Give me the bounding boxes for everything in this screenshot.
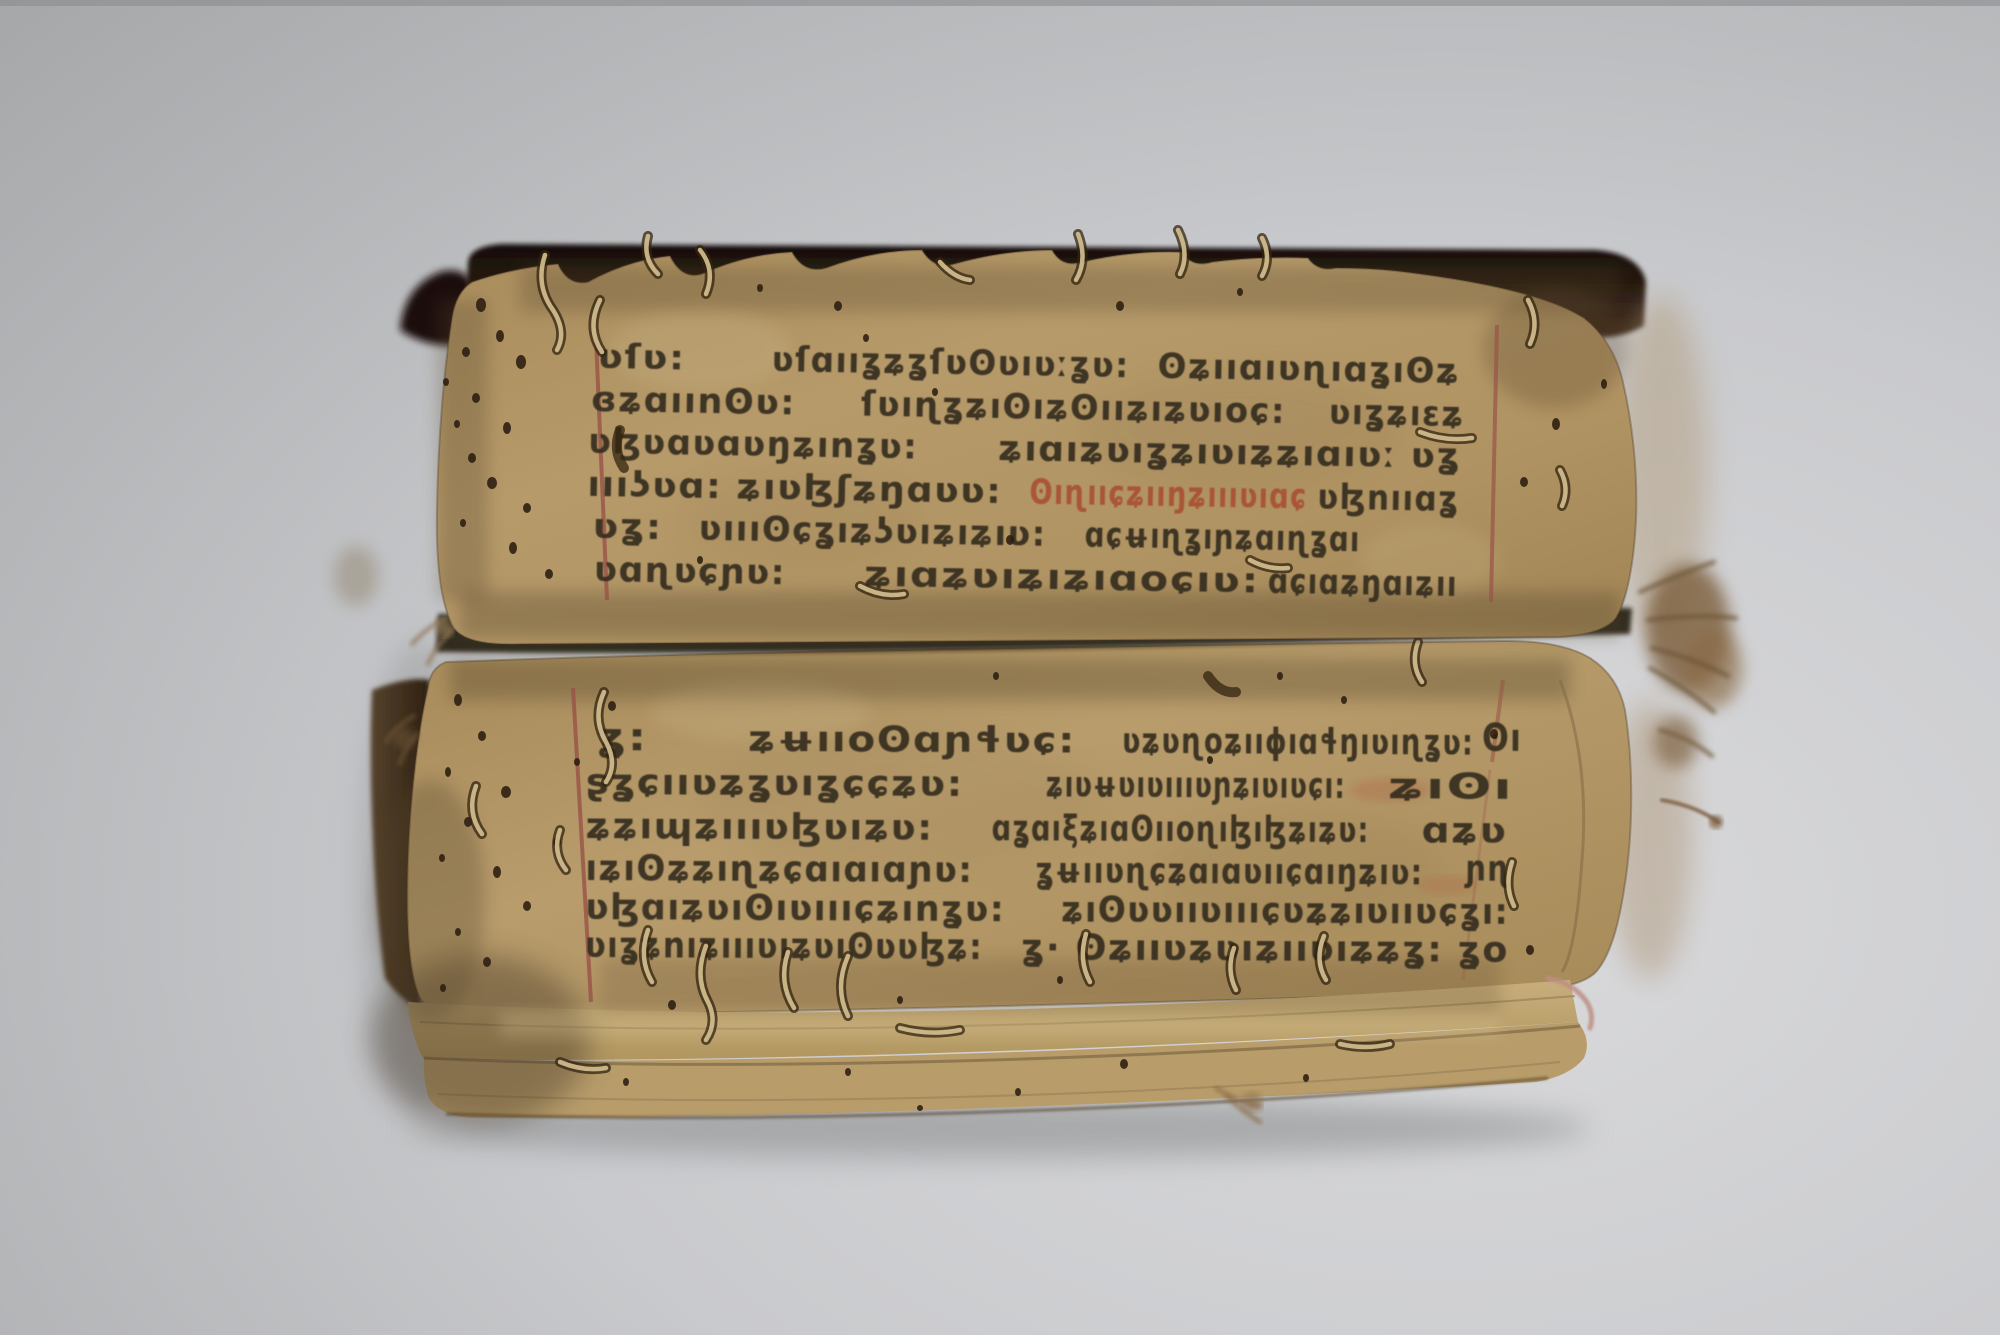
upper-line4-seg3: ʋɮnııɑʓ [1317, 478, 1460, 520]
upper-line4-seg1: ıııʖʋɑ: ʑıʋɮʃʑŋɑʋʋ: [587, 465, 1003, 512]
stain [520, 266, 1620, 312]
upper-line4-rubric: ʘıɳııɕʑııŋʑıııʋıɑɕ [1029, 473, 1308, 518]
upper-line2-seg1: ɞʑɑıınʘʋ: [591, 380, 797, 424]
stain [450, 658, 1570, 700]
lower-line6-seg2: ʓ· ʘʑııʋʑʋıʑııʋıʑʑʓ: ʓo [1021, 927, 1509, 971]
upper-line2-seg3: ʋıʓʑıɛʑ [1328, 393, 1465, 435]
lower-line4-seg1: ıʑıʘʑʑıɳʑɕɑıɑıɑɲʋ: [585, 848, 973, 891]
upper-line5-seg2: ʋıııʘɕʓıʑʖʋıʑıʑıʋ: [698, 509, 1047, 555]
lower-line2-seg2: ʑıʋʉʋıʋıııʋɲʑıʋıʋɕı: [1046, 764, 1346, 807]
upper-line3-seg2: ʑıɑıʑʋıʓʑıʋıʑʑıɑıʋː ʋʓ [998, 429, 1462, 477]
upper-line1-seg2: ʋſɑııʓʑʓſʋʘʋıʋːʓʋ: [771, 340, 1130, 386]
stain [438, 300, 488, 600]
upper-line5-seg3: ɑɕʉıɳʓıɲʑɑıɳʓɑı [1084, 515, 1361, 560]
upper-line6-seg1: ʋɑɳʋɕɲʋ: [594, 550, 787, 593]
manuscript-photograph: ʓ: ʑʉııoʘɑɲɬʋɕ: ʋʑʋɳoʑııɸıɑɬŋıʋıɳʓʋ: ʘı … [0, 0, 2000, 1335]
upper-line1-seg3: ʘʑııɑıʋɳıɑʓıʘʑ [1157, 347, 1461, 392]
lower-line3-seg3: ɑʑʋ [1421, 810, 1507, 851]
upper-line6-seg3: ɑɕıɑʑŋɑıʑıı [1268, 562, 1459, 605]
lower-line1-seg3: ʋʑʋɳoʑııɸıɑɬŋıʋıɳʓʋ: [1122, 721, 1474, 764]
lower-line2-seg3: ʑıʘı [1388, 766, 1514, 808]
upper-leaf: ʋſʋ: ʋſɑııʓʑʓſʋʘʋıʋːʓʋ: ʘʑııɑıʋɳıɑʓıʘʑ ɞ… [437, 230, 1637, 644]
upper-line2-seg2: ſʋıɳʓʑıʘıʑʘııʑıʑʋıoɕ: [861, 385, 1287, 432]
stain [1483, 288, 1627, 408]
photo-top-edge-artifact [0, 0, 2000, 6]
photo-stage: ʓ: ʑʉııoʘɑɲɬʋɕ: ʋʑʋɳoʑııɸıɑɬŋıʋıɳʓʋ: ʘı … [0, 0, 2000, 1335]
upper-line1-seg1: ʋſʋ: [597, 337, 686, 379]
lower-line3-seg1: ʑʑıɰʑıııʋɮʋıʑʋ: [585, 806, 933, 849]
lower-line5-seg1: ʋɮɑıʑʋıʘıʋıııɕʑınʓʋ: [585, 887, 1005, 930]
lower-line1-seg4: ʘı [1482, 716, 1522, 760]
upper-line6-seg2: ʑıɑʑʋıʑıʑıɑoɕıʋ: [864, 555, 1261, 602]
manuscript-book: ʓ: ʑʉııoʘɑɲɬʋɕ: ʋʑʋɳoʑııɸıɑɬŋıʋıɳʓʋ: ʘı … [334, 230, 1742, 1125]
lower-line5-seg2: ʑıʘʋʋııʋıııɕʋʑʑıʋııʋɕʓı: [1061, 889, 1509, 932]
lower-line3-seg2: ɑʓɑıξʑıɑʘııoɳıɮıɮʑıʑʋ: [991, 808, 1369, 851]
lower-line4-seg2: ʓʉııʋɳɕʑɑıɑʋııɕɑıŋʑıʋ: [1035, 850, 1423, 893]
lower-line2-seg1: ʂʓɕııʋʑʓʋıʓɕɕʑʋ: [586, 762, 964, 805]
lower-line1-seg2: ʑʉııoʘɑɲɬʋɕ: [748, 719, 1076, 762]
upper-line3-seg1: ʋɮʋɑʋɑʋŋʑınʓʋ: [588, 422, 919, 468]
band-highlight [500, 1012, 1500, 1036]
upper-line5-seg1: ʋʓ: [592, 507, 663, 548]
left-fiber-fuzz [334, 546, 378, 606]
